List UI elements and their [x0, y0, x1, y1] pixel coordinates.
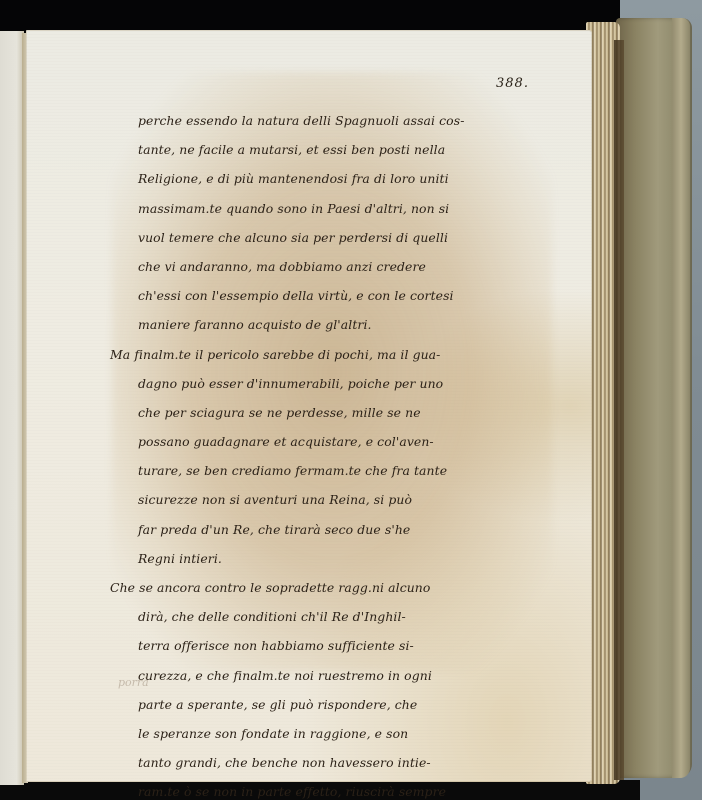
text-line: possano guadagnare et acquistare, e col'…	[110, 427, 510, 456]
folio-number: 388.	[496, 76, 529, 91]
text-line: ch'essi con l'essempio della virtù, e co…	[110, 281, 510, 310]
text-line: tanto grandi, che benche non havessero i…	[110, 748, 510, 777]
text-line: maniere faranno acquisto de gl'altri.	[110, 310, 510, 339]
text-line: dagno può esser d'innumerabili, poiche p…	[110, 369, 510, 398]
paragraph-start-line: Ma finalm.te il pericolo sarebbe di poch…	[110, 340, 510, 369]
text-line: che vi andaranno, ma dobbiamo anzi crede…	[110, 252, 510, 281]
bleed-through-text: porrà	[118, 676, 149, 689]
text-line: far preda d'un Re, che tirarà seco due s…	[110, 515, 510, 544]
text-line: curezza, e che finalm.te noi ruestremo i…	[110, 661, 510, 690]
text-line: massimam.te quando sono in Paesi d'altri…	[110, 194, 510, 223]
text-line: perche essendo la natura delli Spagnuoli…	[110, 106, 510, 135]
text-line: che per sciagura se ne perdesse, mille s…	[110, 398, 510, 427]
text-line: dirà, che delle conditioni ch'il Re d'In…	[110, 602, 510, 631]
text-line: terra offerisce non habbiamo sufficiente…	[110, 631, 510, 660]
text-line: sicurezze non si aventuri una Reina, si …	[110, 485, 510, 514]
facing-page-left	[0, 31, 24, 785]
text-line: parte a sperante, se gli può rispondere,…	[110, 690, 510, 719]
page-edge-shadow	[614, 40, 624, 780]
manuscript-scan: 388. perche essendo la natura delli Spag…	[0, 0, 702, 800]
book-cover-fold	[672, 18, 690, 778]
text-line: tante, ne facile a mutarsi, et essi ben …	[110, 135, 510, 164]
paragraph-start-line: Che se ancora contro le sopradette ragg.…	[110, 573, 510, 602]
text-line: turare, se ben crediamo fermam.te che fr…	[110, 456, 510, 485]
handwritten-text-block: perche essendo la natura delli Spagnuoli…	[110, 106, 510, 800]
text-line: Religione, e di più mantenendosi fra di …	[110, 164, 510, 193]
text-line: ram.te ò se non in parte effetto, riusci…	[110, 777, 510, 800]
text-line: Regni intieri.	[110, 544, 510, 573]
text-line: le speranze son fondate in raggione, e s…	[110, 719, 510, 748]
text-line: vuol temere che alcuno sia per perdersi …	[110, 223, 510, 252]
